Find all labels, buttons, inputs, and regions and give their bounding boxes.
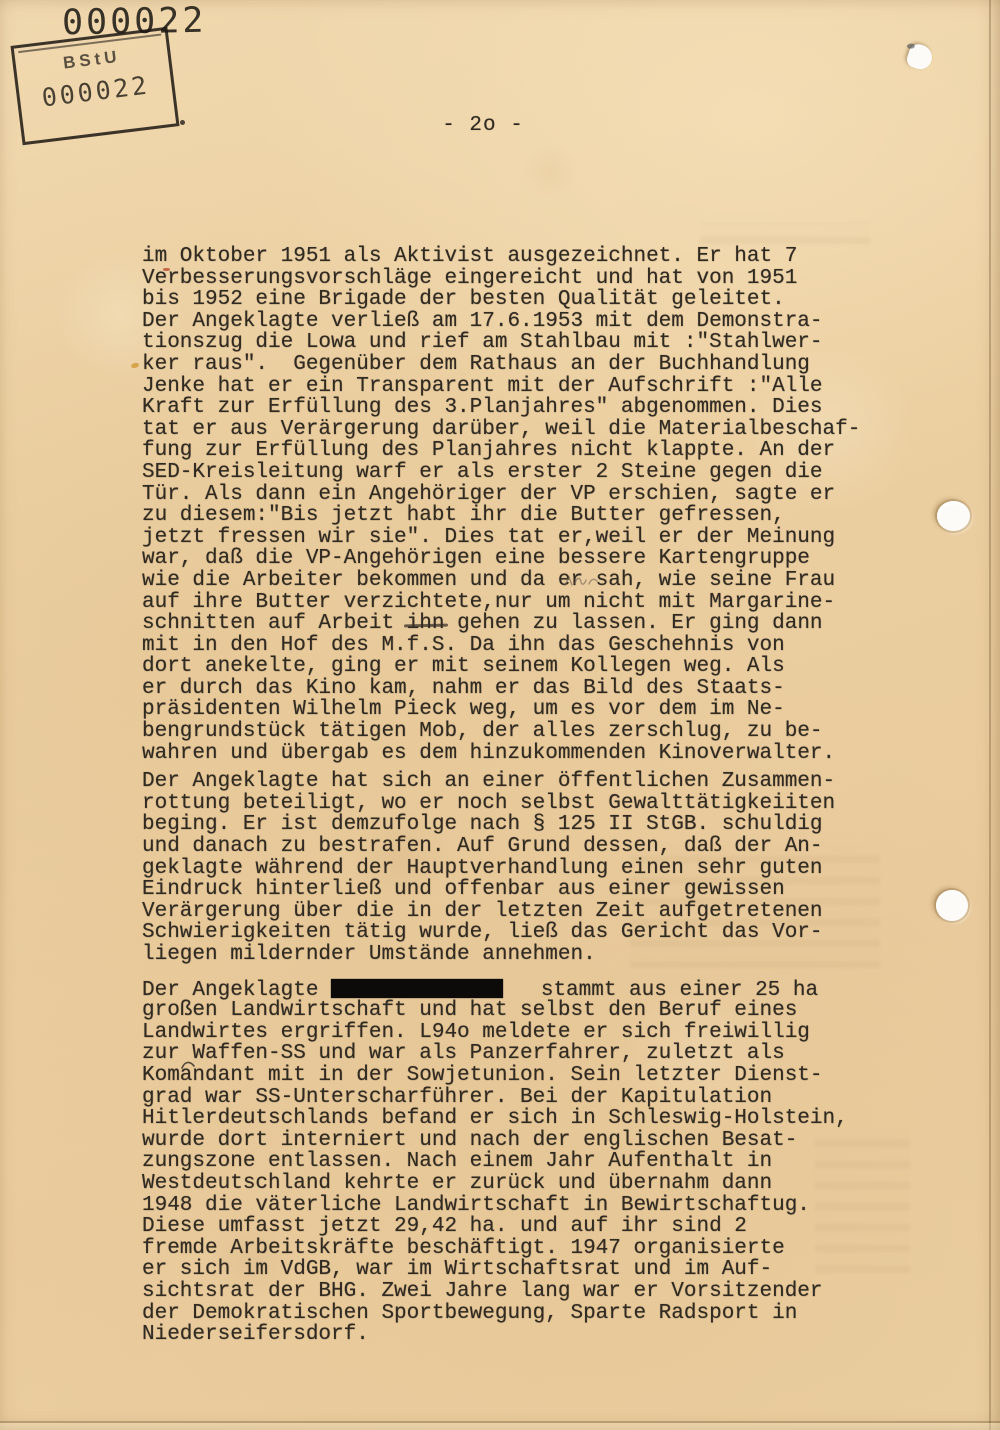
bleed-through-smudge xyxy=(700,222,870,244)
text-segment: zur Waffen-SS und war als Panzerfahrer, … xyxy=(142,1042,785,1065)
text-segment: Diese umfasst jetzt 29,42 ha. und auf ih… xyxy=(142,1215,747,1238)
text-line: war, daß die VP-Angehörigen eine bessere… xyxy=(142,548,902,570)
text-segment: Schwierigkeiten tätig wurde, ließ das Ge… xyxy=(142,921,823,944)
document-body: im Oktober 1951 als Aktivist ausgezeichn… xyxy=(142,246,902,1346)
text-segment: wie die Arbeiter bekommen und da er sah,… xyxy=(142,569,835,592)
text-segment: sichtsrat der BHG. Zwei Jahre lang war e… xyxy=(142,1280,823,1303)
text-segment: jetzt fressen wir sie". Dies tat er,weil… xyxy=(142,526,835,549)
redaction-bar xyxy=(331,979,503,998)
text-line: er durch das Kino kam, nahm er das Bild … xyxy=(142,678,902,700)
text-line: Hitlerdeutschlands befand er sich in Sch… xyxy=(142,1108,902,1130)
text-segment: großen Landwirtschaft und hat selbst den… xyxy=(142,999,797,1022)
text-segment: Westdeutschland kehrte er zurück und übe… xyxy=(142,1172,772,1195)
text-segment: im Oktober 1951 als Aktivist ausgezeichn… xyxy=(142,245,797,268)
text-line: zungszone entlassen. Nach einem Jahr Auf… xyxy=(142,1151,902,1173)
text-line: Eindruck hinterließ und offenbar aus ein… xyxy=(142,879,902,901)
page-edge xyxy=(989,0,991,1430)
text-line: Niederseifersdorf. xyxy=(142,1324,902,1346)
text-segment: ker raus". Gegenüber dem Rathaus an der … xyxy=(142,353,810,376)
text-segment: Kraft zur Erfüllung des 3.Planjahres" ab… xyxy=(142,396,823,419)
text-line: beging. Er ist demzufolge nach § 125 II … xyxy=(142,814,902,836)
text-segment: auf ihre Butter verzichtete,nur um nicht… xyxy=(142,591,835,614)
text-segment: geklagte während der Hauptverhandlung ei… xyxy=(142,857,823,880)
text-segment: bis 1952 eine Brigade der besten Qualitä… xyxy=(142,288,785,311)
paper-tear xyxy=(905,42,935,72)
text-line: Der Angeklagte stammt aus einer 25 ha xyxy=(142,979,902,1001)
text-line: Komandant mit in der Sowjetunion. Sein l… xyxy=(142,1065,902,1087)
ink-speck xyxy=(130,362,139,369)
text-line: der Demokratischen Sportbewegung, Sparte… xyxy=(142,1303,902,1325)
text-segment: Komandant mit in der Sowjetunion. Sein l… xyxy=(142,1064,823,1087)
text-line: Verärgerung über die in der letzten Zeit… xyxy=(142,901,902,923)
text-line: fremde Arbeitskräfte beschäftigt. 1947 o… xyxy=(142,1238,902,1260)
bstu-stamp: BStU 000022 xyxy=(10,27,179,146)
text-line: rottung beteiligt, wo er noch selbst Gew… xyxy=(142,793,902,815)
text-line: Jenke hat er ein Transparent mit der Auf… xyxy=(142,376,902,398)
text-segment: bengrundstück tätigen Mob, der alles zer… xyxy=(142,720,823,743)
handwritten-insertion-mark xyxy=(563,574,599,593)
paragraph: Der Angeklagte hat sich an einer öffentl… xyxy=(142,771,902,965)
text-segment: Eindruck hinterließ und offenbar aus ein… xyxy=(142,878,785,901)
paragraph: im Oktober 1951 als Aktivist ausgezeichn… xyxy=(142,246,902,764)
text-line: Verbesserungsvorschläge eingereicht und … xyxy=(142,268,902,290)
document-page: 000022 BStU 000022 - 2o - im Oktober 195… xyxy=(0,0,1000,1430)
text-segment: fung zur Erfüllung des Planjahres nicht … xyxy=(142,439,835,462)
text-line: liegen mildernder Umstände annehmen. xyxy=(142,944,902,966)
ink-dot xyxy=(180,120,185,125)
text-line: tionszug die Lowa und rief am Stahlbau m… xyxy=(142,332,902,354)
text-line: zur Waffen-SS und war als Panzerfahrer, … xyxy=(142,1043,902,1065)
struck-word: ihn xyxy=(407,612,445,635)
text-segment: fremde Arbeitskräfte beschäftigt. 1947 o… xyxy=(142,1237,785,1260)
text-segment: Der Angeklagte hat sich an einer öffentl… xyxy=(142,770,835,793)
text-line: Landwirtes ergriffen. L94o meldete er si… xyxy=(142,1022,902,1044)
text-segment: der Demokratischen Sportbewegung, Sparte… xyxy=(142,1302,797,1325)
text-segment: Niederseifersdorf. xyxy=(142,1323,369,1346)
text-line: fung zur Erfüllung des Planjahres nicht … xyxy=(142,440,902,462)
text-line: Der Angeklagte hat sich an einer öffentl… xyxy=(142,771,902,793)
text-segment: mit in den Hof des M.f.S. Da ihn das Ges… xyxy=(142,634,785,657)
text-line: jetzt fressen wir sie". Dies tat er,weil… xyxy=(142,527,902,549)
text-segment: präsidenten Wilhelm Pieck weg, um es vor… xyxy=(142,698,785,721)
text-line: Diese umfasst jetzt 29,42 ha. und auf ih… xyxy=(142,1216,902,1238)
page-number: - 2o - xyxy=(383,114,583,137)
text-segment: rottung beteiligt, wo er noch selbst Gew… xyxy=(142,792,835,815)
text-line: Tür. Als dann ein Angehöriger der VP ers… xyxy=(142,484,902,506)
text-line: schnitten auf Arbeit ihn gehen zu lassen… xyxy=(142,613,902,635)
text-line: geklagte während der Hauptverhandlung ei… xyxy=(142,858,902,880)
text-segment: grad war SS-Unterscharführer. Bei der Ka… xyxy=(142,1086,772,1109)
text-segment: und danach zu bestrafen. Auf Grund desse… xyxy=(142,835,823,858)
text-line: Der Angeklagte verließ am 17.6.1953 mit … xyxy=(142,311,902,333)
text-line: wurde dort interniert und nach der engli… xyxy=(142,1130,902,1152)
text-line: 1948 die väterliche Landwirtschaft in Be… xyxy=(142,1195,902,1217)
text-segment: Jenke hat er ein Transparent mit der Auf… xyxy=(142,375,823,398)
text-segment: Verärgerung über die in der letzten Zeit… xyxy=(142,900,823,923)
paragraph: Der Angeklagte stammt aus einer 25 hagro… xyxy=(142,979,902,1346)
text-segment: Landwirtes ergriffen. L94o meldete er si… xyxy=(142,1021,810,1044)
ink-speck xyxy=(163,268,170,271)
text-line: im Oktober 1951 als Aktivist ausgezeichn… xyxy=(142,246,902,268)
text-line: bis 1952 eine Brigade der besten Qualitä… xyxy=(142,289,902,311)
text-segment: er durch das Kino kam, nahm er das Bild … xyxy=(142,677,785,700)
text-segment: beging. Er ist demzufolge nach § 125 II … xyxy=(142,813,823,836)
text-line: dort anekelte, ging er mit seinem Kolleg… xyxy=(142,656,902,678)
text-line: wahren und übergab es dem hinzukommenden… xyxy=(142,743,902,765)
text-segment: war, daß die VP-Angehörigen eine bessere… xyxy=(142,547,810,570)
text-line: und danach zu bestrafen. Auf Grund desse… xyxy=(142,836,902,858)
text-line: zu diesem:"Bis jetzt habt ihr die Butter… xyxy=(142,505,902,527)
text-line: bengrundstück tätigen Mob, der alles zer… xyxy=(142,721,902,743)
text-line: mit in den Hof des M.f.S. Da ihn das Ges… xyxy=(142,635,902,657)
text-line: Westdeutschland kehrte er zurück und übe… xyxy=(142,1173,902,1195)
text-line: er sich im VdGB, war im Wirtschaftsrat u… xyxy=(142,1259,902,1281)
text-line: SED-Kreisleitung warf er als erster 2 St… xyxy=(142,462,902,484)
text-segment: schnitten auf Arbeit xyxy=(142,612,407,635)
text-line: präsidenten Wilhelm Pieck weg, um es vor… xyxy=(142,699,902,721)
text-segment: SED-Kreisleitung warf er als erster 2 St… xyxy=(142,461,823,484)
text-line: großen Landwirtschaft und hat selbst den… xyxy=(142,1000,902,1022)
handwritten-correction-mark xyxy=(181,1056,195,1074)
text-segment: tat er aus Verärgerung darüber, weil die… xyxy=(142,418,860,441)
text-segment: wurde dort interniert und nach der engli… xyxy=(142,1129,797,1152)
text-line: wie die Arbeiter bekommen und da er sah,… xyxy=(142,570,902,592)
page-edge xyxy=(0,1423,1000,1430)
text-line: auf ihre Butter verzichtete,nur um nicht… xyxy=(142,592,902,614)
punch-hole xyxy=(937,501,970,531)
text-segment: wahren und übergab es dem hinzukommenden… xyxy=(142,742,835,765)
text-segment: zu diesem:"Bis jetzt habt ihr die Butter… xyxy=(142,504,785,527)
text-segment: zungszone entlassen. Nach einem Jahr Auf… xyxy=(142,1150,772,1173)
text-segment: dort anekelte, ging er mit seinem Kolleg… xyxy=(142,655,785,678)
text-segment: Hitlerdeutschlands befand er sich in Sch… xyxy=(142,1107,848,1130)
text-segment: 1948 die väterliche Landwirtschaft in Be… xyxy=(142,1194,810,1217)
text-segment: liegen mildernder Umstände annehmen. xyxy=(142,943,596,966)
text-line: grad war SS-Unterscharführer. Bei der Ka… xyxy=(142,1087,902,1109)
text-line: sichtsrat der BHG. Zwei Jahre lang war e… xyxy=(142,1281,902,1303)
text-segment: Verbesserungsvorschläge eingereicht und … xyxy=(142,267,797,290)
text-line: tat er aus Verärgerung darüber, weil die… xyxy=(142,419,902,441)
text-line: Schwierigkeiten tätig wurde, ließ das Ge… xyxy=(142,922,902,944)
text-line: Kraft zur Erfüllung des 3.Planjahres" ab… xyxy=(142,397,902,419)
text-segment: er sich im VdGB, war im Wirtschaftsrat u… xyxy=(142,1258,772,1281)
text-segment: tionszug die Lowa und rief am Stahlbau m… xyxy=(142,331,823,354)
text-segment: Der Angeklagte verließ am 17.6.1953 mit … xyxy=(142,310,823,333)
punch-hole xyxy=(936,890,968,921)
text-segment: Tür. Als dann ein Angehöriger der VP ers… xyxy=(142,483,835,506)
text-segment: gehen zu lassen. Er ging dann xyxy=(444,612,822,635)
text-line: ker raus". Gegenüber dem Rathaus an der … xyxy=(142,354,902,376)
